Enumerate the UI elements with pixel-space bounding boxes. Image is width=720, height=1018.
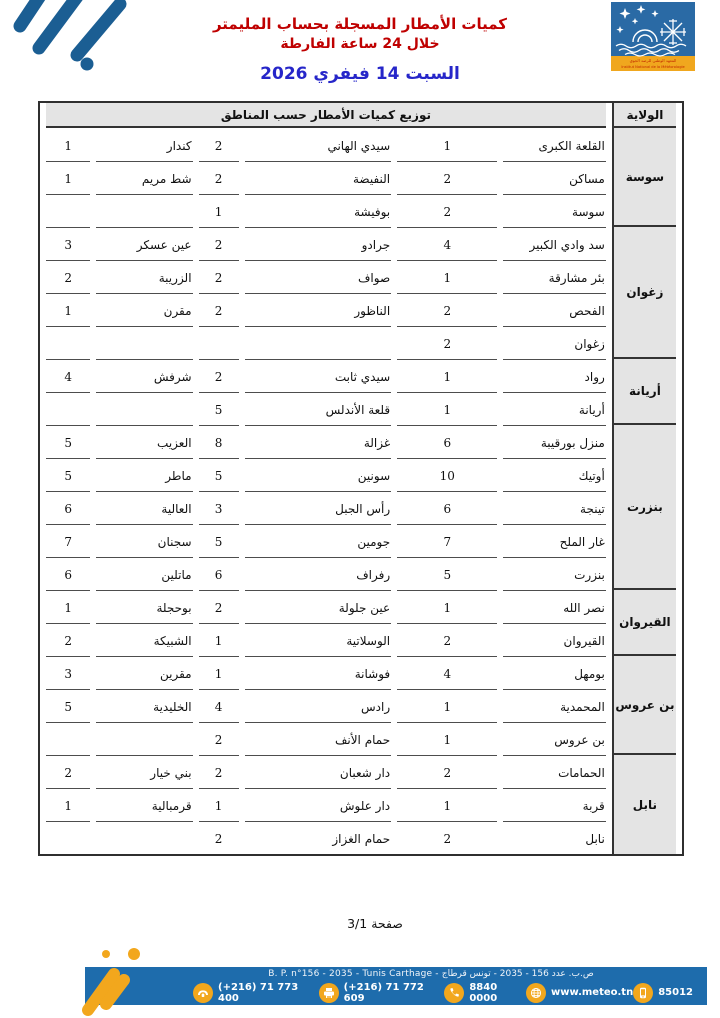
table-row: أريانةرواد1سيدي ثابت2شرفش4 [46,359,676,392]
rain-value-cell: 1 [199,194,239,227]
station-name-cell: زغوان [503,326,605,359]
rain-value-cell: 2 [199,293,239,326]
rain-value-cell: 2 [199,260,239,293]
station-name-cell: عين جلولة [245,590,391,623]
station-name-cell: تينجة [503,491,605,524]
station-name-cell: غار الملح [503,524,605,557]
station-name-cell: غزالة [245,425,391,458]
rain-value-cell: 2 [46,623,90,656]
station-name-cell: شرفش [96,359,192,392]
rain-value-cell: 2 [397,161,497,194]
station-name-cell: المحمدية [503,689,605,722]
regions-header: توزيع كميات الأمطار حسب المناطق [46,103,606,128]
rain-value-cell: 2 [397,194,497,227]
station-name-cell: الوسلاتية [245,623,391,656]
footer-contacts: (+216) 71 773 400 (+216) 71 772 609 8840… [85,979,707,1004]
contact-call-center-label: 8840 0000 [469,982,526,1004]
rain-value-cell: 3 [46,656,90,689]
rain-value-cell: 5 [199,524,239,557]
rain-value-cell [46,821,90,854]
call-center-icon [444,983,464,1003]
station-name-cell: رفراف [245,557,391,590]
rain-value-cell [46,392,90,425]
table-row: تينجة6رأس الجبل3العالية6 [46,491,676,524]
station-name-cell: شط مريم [96,161,192,194]
rain-value-cell: 4 [397,656,497,689]
station-name-cell: أريانة [503,392,605,425]
station-name-cell: حمام الغزاز [245,821,391,854]
rain-table-body: الولاية توزيع كميات الأمطار حسب المناطق … [46,103,676,854]
rain-value-cell: 6 [199,557,239,590]
rain-value-cell [46,194,90,227]
table-row: بن عروس1حمام الأنف2 [46,722,676,755]
contact-sms-label: 85012 [658,987,693,998]
station-name-cell: سوسة [503,194,605,227]
station-name-cell [245,326,391,359]
station-name-cell: بئر مشارقة [503,260,605,293]
station-name-cell: القلعة الكبرى [503,128,605,161]
station-name-cell: قرمبالية [96,788,192,821]
station-name-cell: رأس الجبل [245,491,391,524]
rain-value-cell: 1 [397,689,497,722]
station-name-cell: بوحجلة [96,590,192,623]
rain-value-cell: 10 [397,458,497,491]
table-row: الفحص2الناظور2مقرن1 [46,293,676,326]
rain-value-cell: 2 [397,293,497,326]
station-name-cell: جومين [245,524,391,557]
table-row: نابلالحمامات2دار شعبان2بني خيار2 [46,755,676,788]
footer-orange-decoration [76,942,166,1018]
station-name-cell: فوشانة [245,656,391,689]
governorate-cell: أريانة [612,359,676,425]
inm-emblem-logo: المعهد الوطني للرصد الجوي Institut Natio… [611,2,695,71]
rain-value-cell: 8 [199,425,239,458]
station-name-cell: العالية [96,491,192,524]
rain-value-cell: 3 [46,227,90,260]
governorate-cell: نابل [612,755,676,854]
contact-phone: (+216) 71 773 400 [193,982,319,1004]
rain-value-cell: 4 [397,227,497,260]
rain-value-cell: 1 [397,359,497,392]
rain-value-cell [46,722,90,755]
contact-fax-label: (+216) 71 772 609 [344,982,445,1004]
station-name-cell: نابل [503,821,605,854]
station-name-cell: سد وادي الكبير [503,227,605,260]
rain-value-cell: 1 [397,590,497,623]
rain-value-cell: 1 [397,392,497,425]
globe-icon [526,983,546,1003]
rain-value-cell: 5 [397,557,497,590]
station-name-cell [96,392,192,425]
station-name-cell: منزل بورقيبة [503,425,605,458]
rain-value-cell: 2 [199,359,239,392]
rain-value-cell: 1 [46,293,90,326]
table-row: بن عروسبومهل4فوشانة1مقرين3 [46,656,676,689]
rain-value-cell: 1 [397,128,497,161]
station-name-cell: العزيب [96,425,192,458]
rain-value-cell: 5 [199,392,239,425]
rain-value-cell: 7 [46,524,90,557]
station-name-cell [96,326,192,359]
rain-value-cell: 6 [397,491,497,524]
rain-value-cell: 1 [397,722,497,755]
governorate-cell: القيروان [612,590,676,656]
rain-value-cell: 1 [397,260,497,293]
station-name-cell: بني خيار [96,755,192,788]
station-name-cell: دار شعبان [245,755,391,788]
contact-website: www.meteo.tn [526,983,633,1003]
rain-value-cell: 3 [199,491,239,524]
station-name-cell: بن عروس [503,722,605,755]
station-name-cell: الناظور [245,293,391,326]
table-row: أريانة1قلعة الأندلس5 [46,392,676,425]
footer-address: B. P. n°156 - 2035 - Tunis Carthage - ص.… [85,969,707,979]
table-row: غار الملح7جومين5سجنان7 [46,524,676,557]
station-name-cell: مساكن [503,161,605,194]
footer-address-arabic: ص.ب. عدد 156 - 2035 - تونس قرطاج [442,969,594,979]
rain-value-cell: 4 [46,359,90,392]
station-name-cell: الحمامات [503,755,605,788]
rain-value-cell: 2 [199,755,239,788]
table-row: بنزرت5رفراف6ماتلين6 [46,557,676,590]
rain-value-cell: 2 [199,227,239,260]
station-name-cell: قربة [503,788,605,821]
station-name-cell: جرادو [245,227,391,260]
emblem-caption-french: Institut National de la Météorologie [621,65,685,69]
station-name-cell: مقرن [96,293,192,326]
station-name-cell: دار علوش [245,788,391,821]
rain-value-cell: 2 [397,821,497,854]
rain-value-cell: 2 [397,755,497,788]
table-row: نابل2حمام الغزاز2 [46,821,676,854]
rain-value-cell: 5 [46,425,90,458]
station-name-cell: أوتيك [503,458,605,491]
table-row: مساكن2النفيضة2شط مريم1 [46,161,676,194]
contact-fax: (+216) 71 772 609 [319,982,445,1004]
table-row: زغوانسد وادي الكبير4جرادو2عين عسكر3 [46,227,676,260]
station-name-cell: سيدي الهاني [245,128,391,161]
rain-value-cell: 1 [46,161,90,194]
station-name-cell: مقرين [96,656,192,689]
contact-call-center: 8840 0000 [444,982,526,1004]
rain-value-cell [199,326,239,359]
station-name-cell: القيروان [503,623,605,656]
station-name-cell: ماتلين [96,557,192,590]
table-row: القيرواننصر الله1عين جلولة2بوحجلة1 [46,590,676,623]
table-row: سوسة2بوفيشة1 [46,194,676,227]
governorate-column-header: الولاية [612,103,676,128]
station-name-cell: صواف [245,260,391,293]
rain-value-cell: 6 [46,557,90,590]
station-name-cell: بومهل [503,656,605,689]
rain-value-cell: 6 [46,491,90,524]
emblem-caption-arabic: المعهد الوطني للرصد الجوي [630,58,677,63]
station-name-cell: سيدي ثابت [245,359,391,392]
table-row: بئر مشارقة1صواف2الزريبة2 [46,260,676,293]
table-row: القيروان2الوسلاتية1الشبيكة2 [46,623,676,656]
rain-value-cell [46,326,90,359]
sms-icon [633,983,653,1003]
station-name-cell: رادس [245,689,391,722]
station-name-cell: بوفيشة [245,194,391,227]
table-row: بنزرتمنزل بورقيبة6غزالة8العزيب5 [46,425,676,458]
rain-value-cell: 1 [46,128,90,161]
station-name-cell [96,821,192,854]
station-name-cell [96,194,192,227]
rain-value-cell: 2 [199,590,239,623]
rain-value-cell: 2 [397,326,497,359]
governorate-cell: بن عروس [612,656,676,755]
rain-value-cell: 5 [46,689,90,722]
station-name-cell: سونين [245,458,391,491]
station-name-cell: النفيضة [245,161,391,194]
station-name-cell: حمام الأنف [245,722,391,755]
rain-value-cell: 1 [46,590,90,623]
rain-value-cell: 6 [397,425,497,458]
governorate-cell: زغوان [612,227,676,359]
rain-value-cell: 2 [199,128,239,161]
station-name-cell: عين عسكر [96,227,192,260]
station-name-cell: قلعة الأندلس [245,392,391,425]
station-name-cell: بنزرت [503,557,605,590]
station-name-cell: نصر الله [503,590,605,623]
rain-value-cell: 4 [199,689,239,722]
rain-value-cell: 5 [46,458,90,491]
station-name-cell: الفحص [503,293,605,326]
rain-value-cell: 2 [199,722,239,755]
rain-value-cell: 2 [46,260,90,293]
rain-value-cell: 2 [199,821,239,854]
table-row: أوتيك10سونين5ماطر5 [46,458,676,491]
station-name-cell: الزريبة [96,260,192,293]
station-name-cell: الخليدية [96,689,192,722]
contact-website-label: www.meteo.tn [551,987,633,998]
station-name-cell: رواد [503,359,605,392]
governorate-cell: بنزرت [612,425,676,590]
rainfall-table: الولاية توزيع كميات الأمطار حسب المناطق … [38,101,684,856]
rainfall-report-page: كميات الأمطار المسجلة بحساب المليمتر خلا… [0,0,720,1018]
rain-value-cell: 2 [199,161,239,194]
contact-phone-label: (+216) 71 773 400 [218,982,319,1004]
table-row: زغوان2 [46,326,676,359]
rain-value-cell: 1 [46,788,90,821]
page-number: صفحة 3/1 [0,916,720,931]
telephone-icon [193,983,213,1003]
table-row: سوسةالقلعة الكبرى1سيدي الهاني2كندار1 [46,128,676,161]
station-name-cell: الشبيكة [96,623,192,656]
contact-sms: 85012 [633,983,693,1003]
rain-value-cell: 1 [199,656,239,689]
rain-value-cell: 1 [199,788,239,821]
footer-address-french: B. P. n°156 - 2035 - Tunis Carthage - [268,969,438,979]
governorate-cell: سوسة [612,128,676,227]
rain-value-cell: 2 [397,623,497,656]
station-name-cell: كندار [96,128,192,161]
table-header-row: الولاية توزيع كميات الأمطار حسب المناطق [46,103,676,128]
rain-value-cell: 7 [397,524,497,557]
table-row: المحمدية1رادس4الخليدية5 [46,689,676,722]
footer-contact-band: B. P. n°156 - 2035 - Tunis Carthage - ص.… [85,967,707,1005]
rain-value-cell: 5 [199,458,239,491]
table-row: قربة1دار علوش1قرمبالية1 [46,788,676,821]
station-name-cell: ماطر [96,458,192,491]
station-name-cell: سجنان [96,524,192,557]
station-name-cell [96,722,192,755]
rain-value-cell: 2 [46,755,90,788]
rain-value-cell: 1 [199,623,239,656]
fax-icon [319,983,339,1003]
rain-value-cell: 1 [397,788,497,821]
